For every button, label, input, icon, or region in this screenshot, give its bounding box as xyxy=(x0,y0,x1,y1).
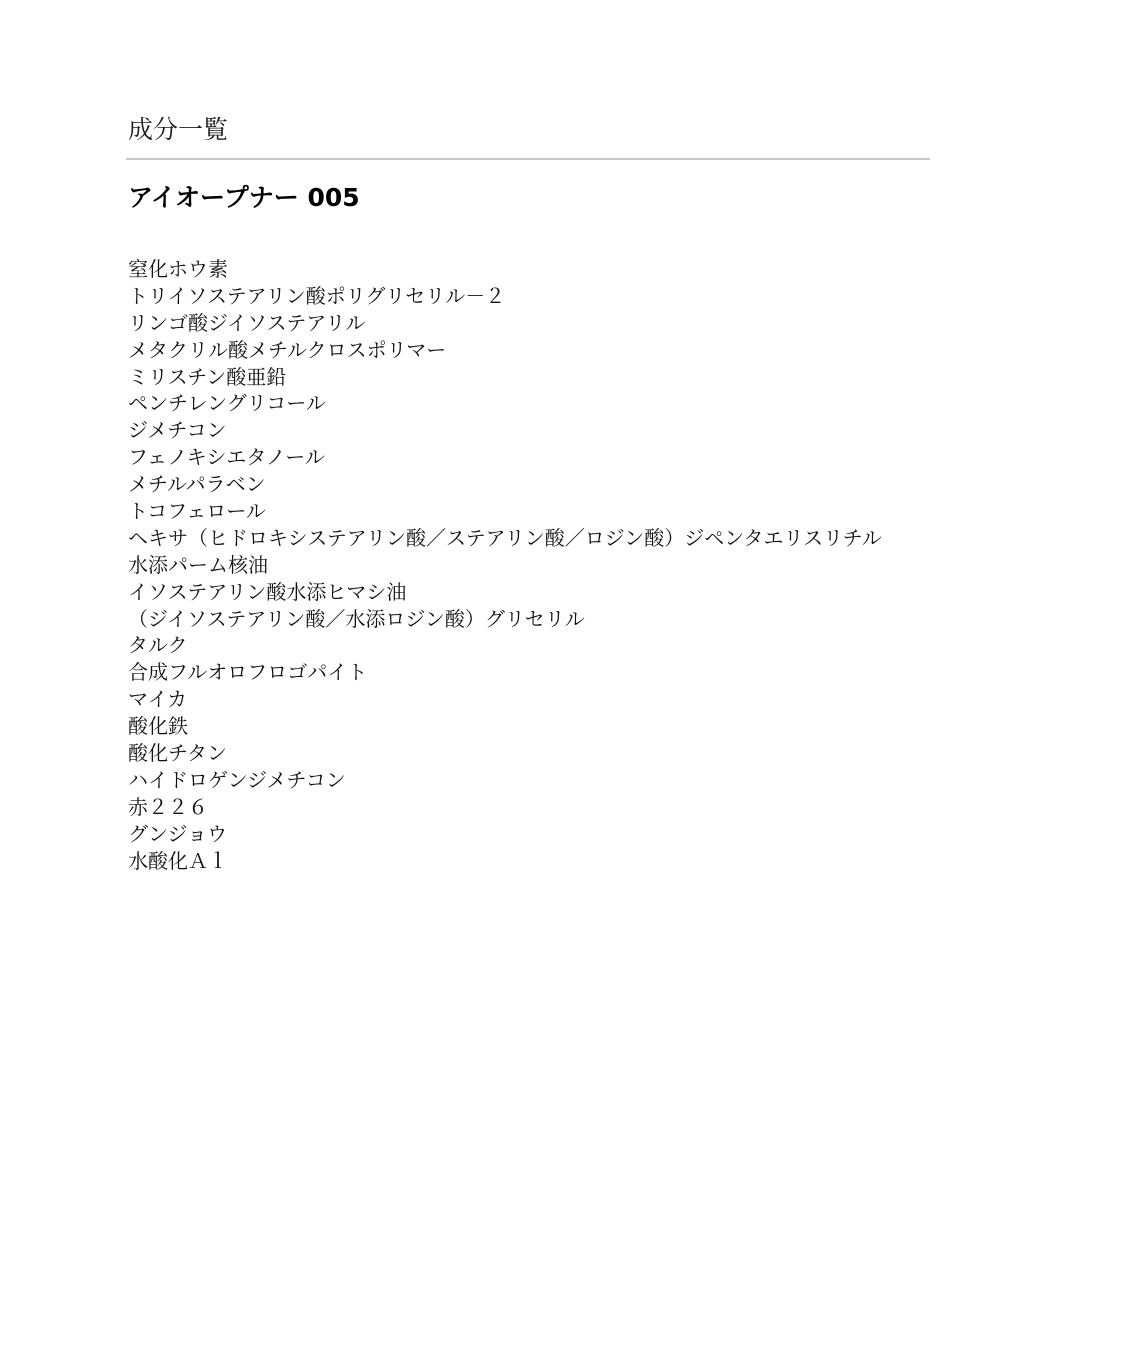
ingredient-item: ペンチレングリコール xyxy=(128,390,930,417)
ingredient-item: メチルパラベン xyxy=(128,471,930,498)
ingredient-item: マイカ xyxy=(128,686,930,713)
ingredient-item: リンゴ酸ジイソステアリル xyxy=(128,310,930,337)
ingredient-list: 窒化ホウ素 トリイソステアリン酸ポリグリセリル－２ リンゴ酸ジイソステアリル メ… xyxy=(128,256,930,874)
ingredient-item: ヘキサ（ヒドロキシステアリン酸／ステアリン酸／ロジン酸）ジペンタエリスリチル xyxy=(128,525,930,552)
section-title: 成分一覧 xyxy=(126,108,930,152)
ingredient-item: トリイソステアリン酸ポリグリセリル－２ xyxy=(128,283,930,310)
ingredient-item: ミリスチン酸亜鉛 xyxy=(128,364,930,391)
ingredient-item: グンジョウ xyxy=(128,821,930,848)
ingredient-item: ジメチコン xyxy=(128,417,930,444)
product-name: アイオープナー 005 xyxy=(128,178,930,218)
ingredient-item: （ジイソステアリン酸／水添ロジン酸）グリセリル xyxy=(128,606,930,633)
ingredient-item: フェノキシエタノール xyxy=(128,444,930,471)
ingredient-item: 赤２２６ xyxy=(128,794,930,821)
ingredient-item: 窒化ホウ素 xyxy=(128,256,930,283)
ingredient-item: メタクリル酸メチルクロスポリマー xyxy=(128,337,930,364)
ingredient-item: 合成フルオロフロゴパイト xyxy=(128,659,930,686)
ingredient-item: 水酸化Ａｌ xyxy=(128,848,930,875)
divider xyxy=(126,158,930,160)
ingredient-item: 酸化鉄 xyxy=(128,713,930,740)
ingredient-item: トコフェロール xyxy=(128,498,930,525)
ingredient-item: タルク xyxy=(128,632,930,659)
ingredient-item: 水添パーム核油 xyxy=(128,552,930,579)
ingredient-item: ハイドロゲンジメチコン xyxy=(128,767,930,794)
ingredient-item: イソステアリン酸水添ヒマシ油 xyxy=(128,579,930,606)
ingredient-item: 酸化チタン xyxy=(128,740,930,767)
ingredients-page: 成分一覧 アイオープナー 005 窒化ホウ素 トリイソステアリン酸ポリグリセリル… xyxy=(126,108,930,874)
